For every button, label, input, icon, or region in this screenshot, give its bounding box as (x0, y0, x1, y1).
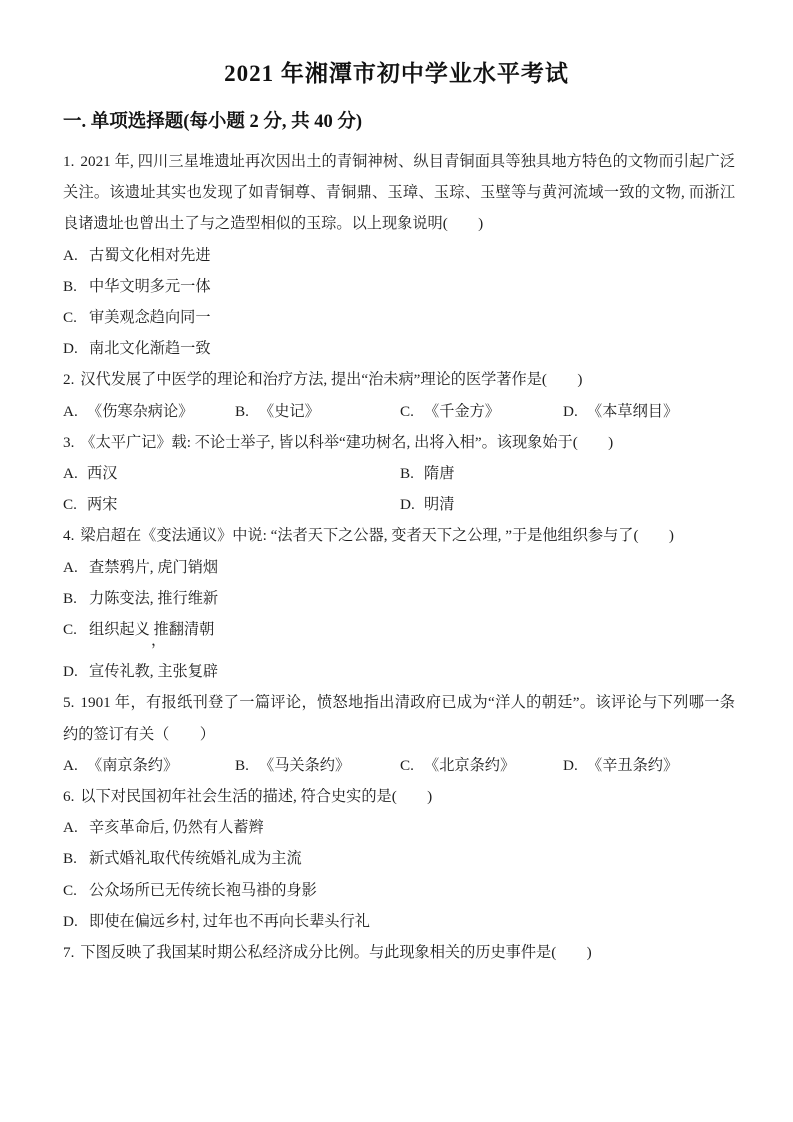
option-text: 力陈变法, 推行维新 (89, 590, 218, 607)
question-text: 2021 年, 四川三星堆遗址再次因出土的青铜神树、纵目青铜面具等独具地方特色的… (63, 153, 735, 232)
question-4-option-c: C.组织起义 推翻清朝， (63, 614, 735, 645)
question-list: 1.2021 年, 四川三星堆遗址再次因出土的青铜神树、纵目青铜面具等独具地方特… (63, 146, 735, 968)
question-3-option-a: A.西汉 (63, 458, 400, 489)
option-label: C. (400, 396, 424, 427)
question-5-options: A.《南京条约》 B.《马关条约》 C.《北京条约》 D.《辛丑条约》 (63, 750, 735, 781)
question-5-option-b: B.《马关条约》 (235, 750, 400, 781)
option-label: B. (63, 583, 89, 614)
option-text: 明清 (424, 496, 454, 513)
question-text: 1901 年，有报纸刊登了一篇评论，愤怒地指出清政府已成为“洋人的朝廷”。该评论… (63, 694, 735, 742)
option-label: B. (235, 396, 259, 427)
question-4-option-d: D.宣传礼教, 主张复辟 (63, 656, 735, 687)
question-3-options-row-1: A.西汉 B.隋唐 (63, 458, 735, 489)
option-text: 古蜀文化相对先进 (89, 247, 211, 264)
question-4-text: 4.梁启超在《变法通议》中说: “法者天下之公器, 变者天下之公理, ”于是他组… (63, 520, 735, 551)
option-text: 辛亥革命后, 仍然有人蓄辫 (89, 819, 264, 836)
question-3: 3.《太平广记》载: 不论士举子, 皆以科举“建功树名, 出将入相”。该现象始于… (63, 427, 735, 521)
question-number: 3. (63, 434, 80, 451)
question-6: 6.以下对民国初年社会生活的描述, 符合史实的是( ) A.辛亥革命后, 仍然有… (63, 781, 735, 937)
question-1-option-d: D.南北文化渐趋一致 (63, 333, 735, 364)
option-text: 查禁鸦片, 虎门销烟 (89, 559, 218, 576)
question-number: 4. (63, 527, 80, 544)
option-label: B. (235, 750, 259, 781)
question-3-option-b: B.隋唐 (400, 458, 735, 489)
question-6-option-a: A.辛亥革命后, 仍然有人蓄辫 (63, 812, 735, 843)
option-label: C. (63, 302, 89, 333)
dropped-comma: ， (151, 633, 166, 648)
question-number: 7. (63, 944, 80, 961)
question-2-option-a: A.《伤寒杂病论》 (63, 396, 235, 427)
question-text: 梁启超在《变法通议》中说: “法者天下之公器, 变者天下之公理, ”于是他组织参… (80, 527, 674, 544)
option-text: 西汉 (87, 465, 117, 482)
question-4: 4.梁启超在《变法通议》中说: “法者天下之公器, 变者天下之公理, ”于是他组… (63, 520, 735, 687)
option-text: 《伤寒杂病论》 (87, 403, 193, 420)
option-text: 《北京条约》 (424, 757, 515, 774)
question-number: 5. (63, 694, 80, 711)
question-5-option-a: A.《南京条约》 (63, 750, 235, 781)
question-1-option-b: B.中华文明多元一体 (63, 271, 735, 302)
option-text: 中华文明多元一体 (89, 278, 211, 295)
option-text: 《史记》 (259, 403, 320, 420)
question-3-option-d: D.明清 (400, 489, 735, 520)
section-header: 一. 单项选择题(每小题 2 分, 共 40 分) (63, 107, 793, 133)
question-6-text: 6.以下对民国初年社会生活的描述, 符合史实的是( ) (63, 781, 735, 812)
question-1: 1.2021 年, 四川三星堆遗址再次因出土的青铜神树、纵目青铜面具等独具地方特… (63, 146, 735, 364)
option-label: D. (563, 396, 587, 427)
question-number: 2. (63, 371, 80, 388)
question-3-option-c: C.两宋 (63, 489, 400, 520)
question-2-option-b: B.《史记》 (235, 396, 400, 427)
option-label: C. (63, 614, 89, 645)
question-6-option-b: B.新式婚礼取代传统婚礼成为主流 (63, 843, 735, 874)
option-label: B. (63, 843, 89, 874)
option-label: C. (400, 750, 424, 781)
option-label: A. (63, 458, 87, 489)
question-text: 《太平广记》载: 不论士举子, 皆以科举“建功树名, 出将入相”。该现象始于( … (80, 434, 613, 451)
question-text: 下图反映了我国某时期公私经济成分比例。与此现象相关的历史事件是( ) (80, 944, 591, 961)
option-text: 《千金方》 (424, 403, 500, 420)
option-label: A. (63, 812, 89, 843)
option-text: 《马关条约》 (259, 757, 350, 774)
option-label: C. (63, 489, 87, 520)
question-text: 汉代发展了中医学的理论和治疗方法, 提出“治未病”理论的医学著作是( ) (80, 371, 582, 388)
question-5: 5.1901 年，有报纸刊登了一篇评论，愤怒地指出清政府已成为“洋人的朝廷”。该… (63, 687, 735, 781)
question-6-option-c: C.公众场所已无传统长袍马褂的身影 (63, 875, 735, 906)
option-text: 《南京条约》 (87, 757, 178, 774)
option-label: D. (63, 906, 89, 937)
question-5-option-c: C.《北京条约》 (400, 750, 563, 781)
option-text: 《辛丑条约》 (587, 757, 678, 774)
question-7-text: 7.下图反映了我国某时期公私经济成分比例。与此现象相关的历史事件是( ) (63, 937, 735, 968)
option-label: A. (63, 396, 87, 427)
question-1-option-c: C.审美观念趋向同一 (63, 302, 735, 333)
option-text: 新式婚礼取代传统婚礼成为主流 (89, 850, 302, 867)
option-label: D. (563, 750, 587, 781)
question-5-option-d: D.《辛丑条约》 (563, 750, 735, 781)
option-label: A. (63, 552, 89, 583)
option-label: D. (63, 333, 89, 364)
question-2-text: 2.汉代发展了中医学的理论和治疗方法, 提出“治未病”理论的医学著作是( ) (63, 364, 735, 395)
exam-page: 2021 年湘潭市初中学业水平考试 一. 单项选择题(每小题 2 分, 共 40… (0, 0, 793, 1122)
option-label: A. (63, 750, 87, 781)
option-label: D. (63, 656, 89, 687)
option-text: 审美观念趋向同一 (89, 309, 211, 326)
question-2-option-d: D.《本草纲目》 (563, 396, 735, 427)
question-1-text: 1.2021 年, 四川三星堆遗址再次因出土的青铜神树、纵目青铜面具等独具地方特… (63, 146, 735, 240)
option-label: B. (63, 271, 89, 302)
option-text: 《本草纲目》 (587, 403, 678, 420)
question-7: 7.下图反映了我国某时期公私经济成分比例。与此现象相关的历史事件是( ) (63, 937, 735, 968)
question-5-text: 5.1901 年，有报纸刊登了一篇评论，愤怒地指出清政府已成为“洋人的朝廷”。该… (63, 687, 735, 749)
option-text: 宣传礼教, 主张复辟 (89, 663, 218, 680)
question-number: 6. (63, 788, 80, 805)
question-6-option-d: D.即使在偏远乡村, 过年也不再向长辈头行礼 (63, 906, 735, 937)
option-text: 即使在偏远乡村, 过年也不再向长辈头行礼 (89, 913, 370, 930)
option-label: B. (400, 458, 424, 489)
question-3-text: 3.《太平广记》载: 不论士举子, 皆以科举“建功树名, 出将入相”。该现象始于… (63, 427, 735, 458)
question-4-option-b: B.力陈变法, 推行维新 (63, 583, 735, 614)
option-text: 隋唐 (424, 465, 454, 482)
question-number: 1. (63, 153, 80, 170)
option-label: D. (400, 489, 424, 520)
question-2-options: A.《伤寒杂病论》 B.《史记》 C.《千金方》 D.《本草纲目》 (63, 396, 735, 427)
exam-title: 2021 年湘潭市初中学业水平考试 (0, 55, 793, 88)
question-2: 2.汉代发展了中医学的理论和治疗方法, 提出“治未病”理论的医学著作是( ) A… (63, 364, 735, 426)
option-text: 公众场所已无传统长袍马褂的身影 (89, 882, 317, 899)
question-text: 以下对民国初年社会生活的描述, 符合史实的是( ) (80, 788, 432, 805)
question-2-option-c: C.《千金方》 (400, 396, 563, 427)
question-4-option-a: A.查禁鸦片, 虎门销烟 (63, 552, 735, 583)
question-1-option-a: A.古蜀文化相对先进 (63, 240, 735, 271)
option-text: 两宋 (87, 496, 117, 513)
question-3-options-row-2: C.两宋 D.明清 (63, 489, 735, 520)
option-text: 南北文化渐趋一致 (89, 340, 211, 357)
option-label: C. (63, 875, 89, 906)
option-label: A. (63, 240, 89, 271)
